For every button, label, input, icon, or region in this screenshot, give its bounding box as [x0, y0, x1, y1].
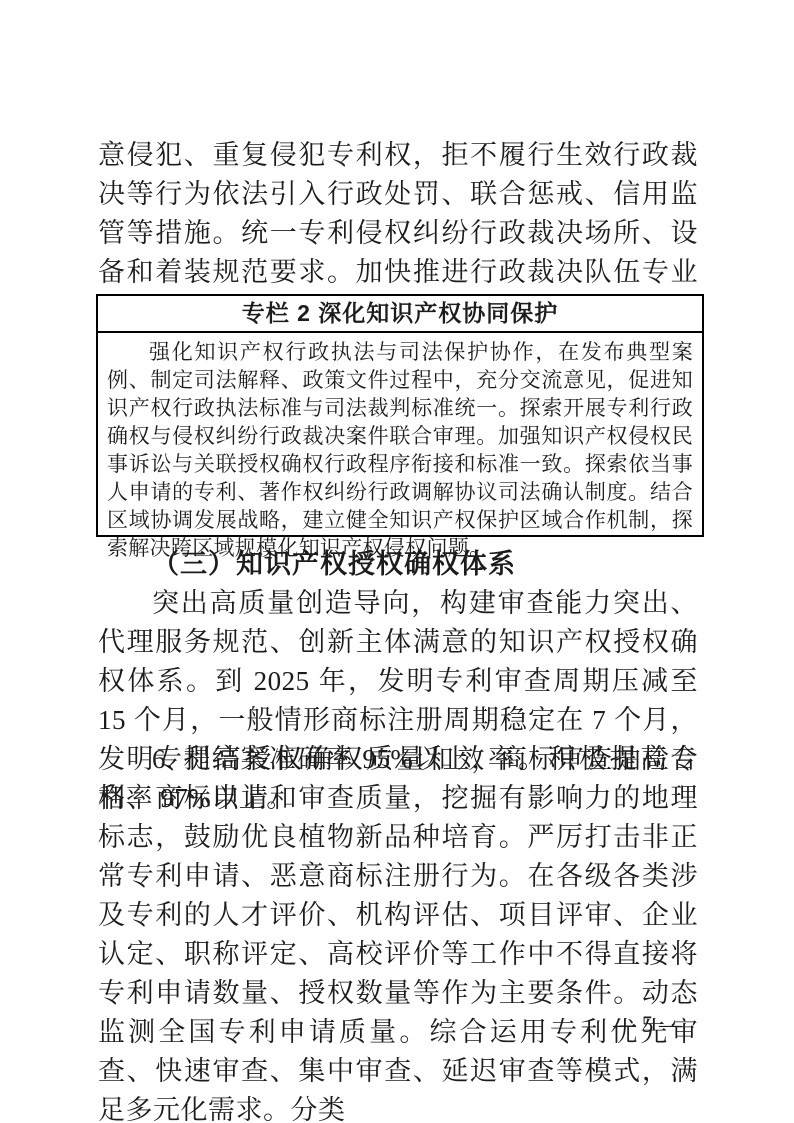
paragraph-item-6: 6. 提高授权确权质量和效率。积极提高专利、商标申请和审查质量，挖掘有影响力的地… — [98, 740, 698, 1123]
document-page: 意侵犯、重复侵犯专利权，拒不履行生效行政裁决等行为依法引入行政处罚、联合惩戒、信… — [0, 0, 794, 1123]
callout-box-title: 专栏 2 深化知识产权协同保护 — [98, 296, 702, 333]
callout-box: 专栏 2 深化知识产权协同保护 强化知识产权行政执法与司法保护协作，在发布典型案… — [96, 294, 704, 537]
page-number: — 5 — — [613, 1010, 682, 1040]
section-heading: （三）知识产权授权确权体系 — [98, 545, 698, 584]
callout-box-body: 强化知识产权行政执法与司法保护协作，在发布典型案例、制定司法解释、政策文件过程中… — [98, 333, 702, 569]
